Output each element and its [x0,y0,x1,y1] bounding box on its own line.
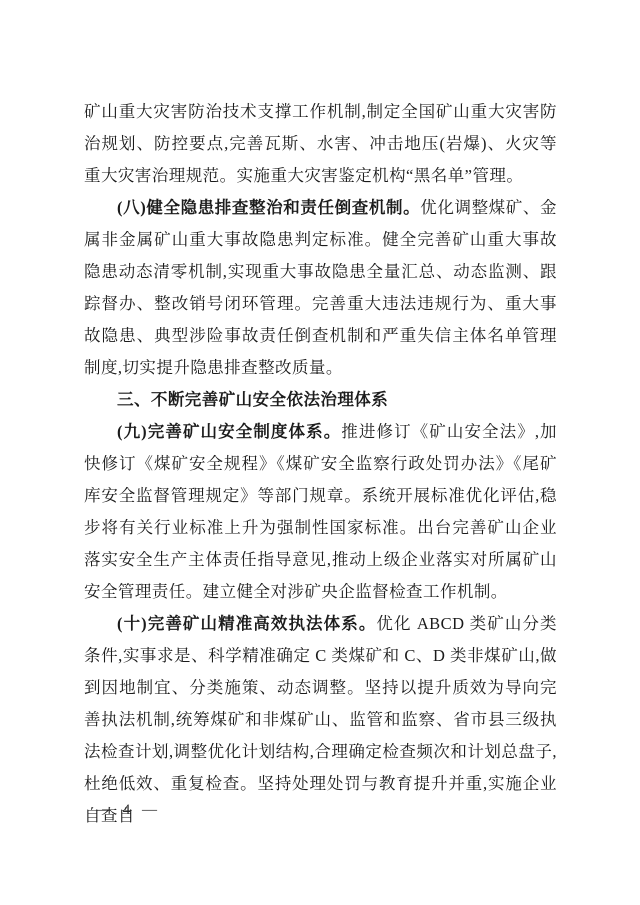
paragraph-continuation: 矿山重大灾害防治技术支撑工作机制,制定全国矿山重大灾害防治规划、防控要点,完善瓦… [84,96,557,192]
page-footer: — 4 — [96,802,161,819]
document-page: 矿山重大灾害防治技术支撑工作机制,制定全国矿山重大灾害防治规划、防控要点,完善瓦… [0,0,640,905]
paragraph-text: 推进修订《矿山安全法》,加快修订《煤矿安全规程》《煤矿安全监察行政处罚办法》《尾… [84,422,557,601]
document-body: 矿山重大灾害防治技术支撑工作机制,制定全国矿山重大灾害防治规划、防控要点,完善瓦… [84,96,557,832]
paragraph-lead: (九)完善矿山安全制度体系。 [117,422,341,441]
section-heading: 三、不断完善矿山安全依法治理体系 [84,384,557,416]
paragraph-item-10: (十)完善矿山精准高效执法体系。优化 ABCD 类矿山分类条件,实事求是、科学精… [84,608,557,832]
page-number: — 4 — [96,802,161,818]
paragraph-text: 优化调整煤矿、金属非金属矿山重大事故隐患判定标准。健全完善矿山重大事故隐患动态清… [84,198,557,377]
paragraph-lead: (十)完善矿山精准高效执法体系。 [117,614,376,633]
paragraph-item-8: (八)健全隐患排查整治和责任倒查机制。优化调整煤矿、金属非金属矿山重大事故隐患判… [84,192,557,384]
paragraph-text: 优化 ABCD 类矿山分类条件,实事求是、科学精准确定 C 类煤矿和 C、D 类… [84,614,557,825]
paragraph-item-9: (九)完善矿山安全制度体系。推进修订《矿山安全法》,加快修订《煤矿安全规程》《煤… [84,416,557,608]
paragraph-lead: (八)健全隐患排查整治和责任倒查机制。 [117,198,420,217]
